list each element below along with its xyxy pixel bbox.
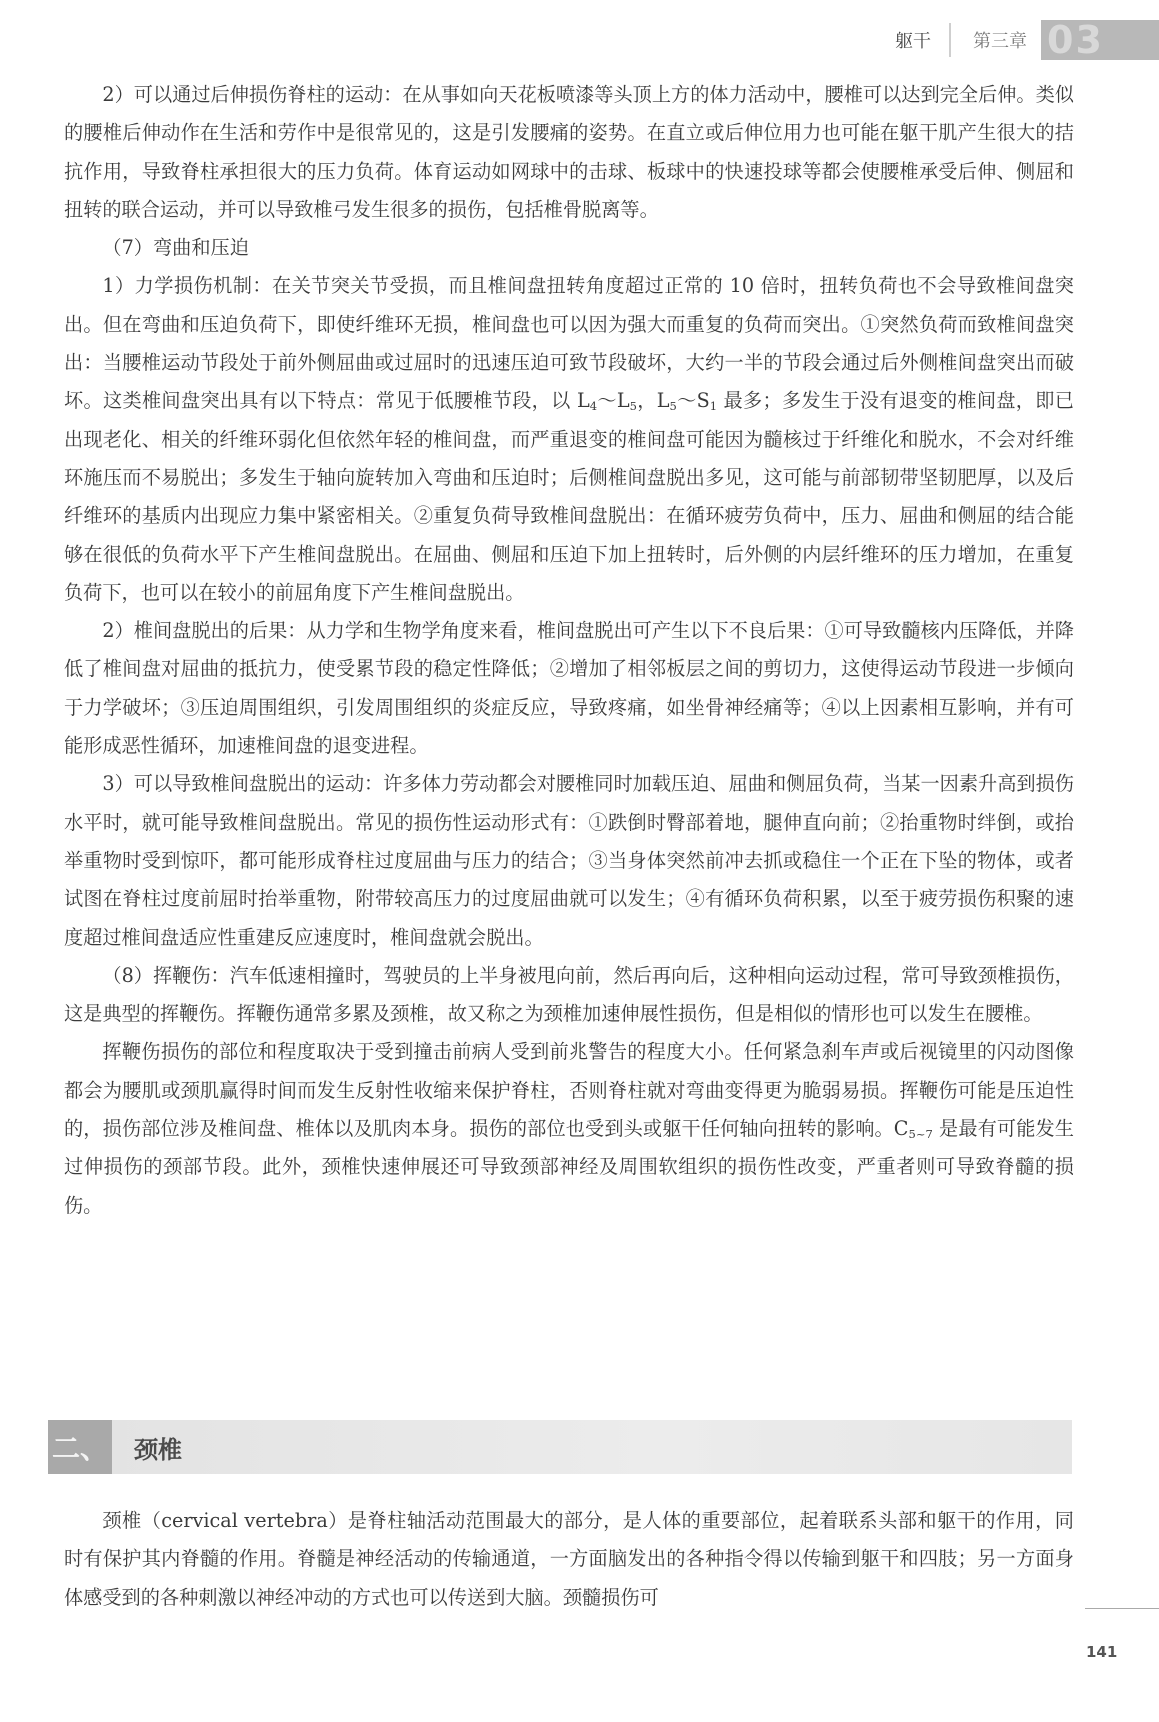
- chapter-number-badge: 03: [1041, 20, 1159, 60]
- body-text: 2）可以通过后伸损伤脊柱的运动：在从事如向天花板喷漆等头顶上方的体力活动中，腰椎…: [64, 76, 1074, 1225]
- running-header-chapter: 第三章: [973, 27, 1027, 53]
- page-number: 141: [1086, 1643, 1117, 1661]
- paragraph: 3）可以导致椎间盘脱出的运动：许多体力劳动都会对腰椎同时加载压迫、屈曲和侧屈负荷…: [64, 765, 1074, 956]
- paragraph: 颈椎（cervical vertebra）是脊柱轴活动范围最大的部分，是人体的重…: [64, 1502, 1074, 1617]
- header-divider: [949, 23, 951, 57]
- paragraph: 1）力学损伤机制：在关节突关节受损，而且椎间盘扭转角度超过正常的 10 倍时，扭…: [64, 267, 1074, 612]
- footer-rule: [1085, 1608, 1159, 1609]
- paragraph: 2）可以通过后伸损伤脊柱的运动：在从事如向天花板喷漆等头顶上方的体力活动中，腰椎…: [64, 76, 1074, 229]
- paragraph: （8）挥鞭伤：汽车低速相撞时，驾驶员的上半身被甩向前，然后再向后，这种相向运动过…: [64, 957, 1074, 1034]
- section-number: 二、: [48, 1420, 112, 1474]
- running-header-section: 躯干: [895, 27, 931, 53]
- running-header: 躯干 第三章 03: [895, 20, 1159, 60]
- paragraph: 挥鞭伤损伤的部位和程度取决于受到撞击前病人受到前兆警告的程度大小。任何紧急刹车声…: [64, 1033, 1074, 1224]
- subheading-7: （7）弯曲和压迫: [64, 229, 1074, 267]
- paragraph: 2）椎间盘脱出的后果：从力学和生物学角度来看，椎间盘脱出可产生以下不良后果：①可…: [64, 612, 1074, 765]
- section-title: 颈椎: [134, 1430, 182, 1465]
- section-heading: 二、 颈椎: [48, 1420, 1072, 1474]
- section-body-text: 颈椎（cervical vertebra）是脊柱轴活动范围最大的部分，是人体的重…: [64, 1502, 1074, 1617]
